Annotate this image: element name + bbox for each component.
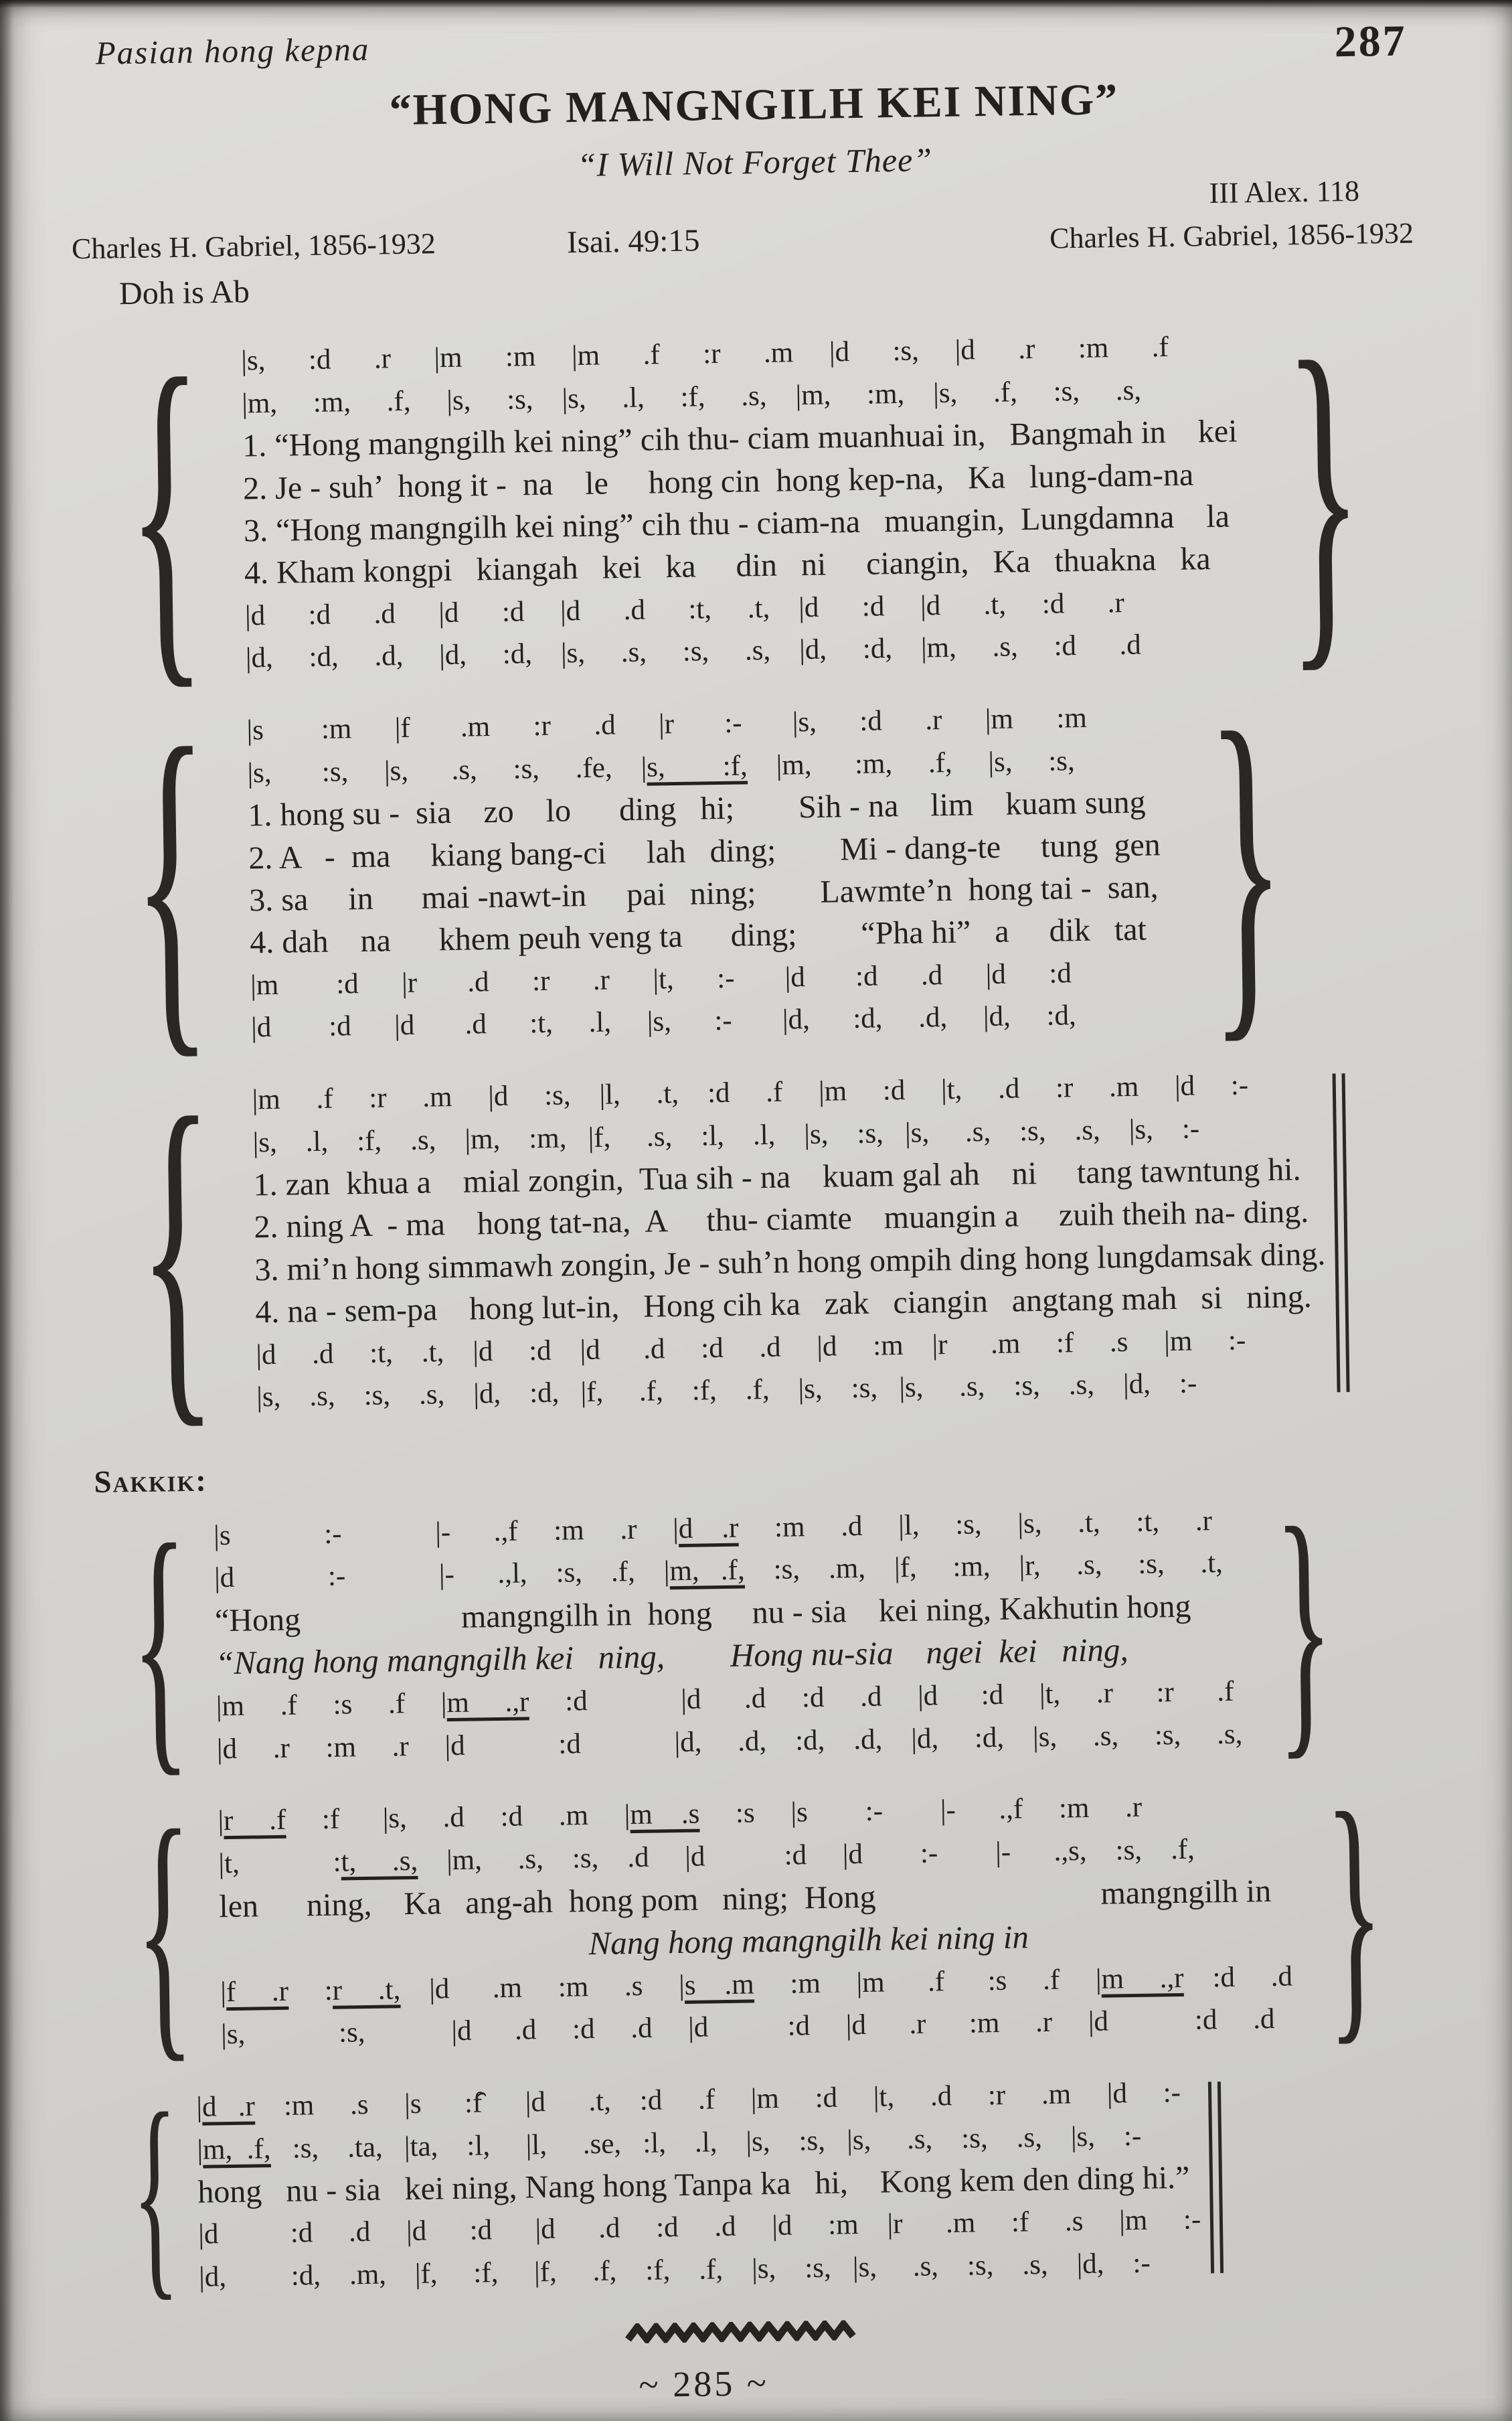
page-number: 287 [1334,16,1407,68]
system-left-brace: { [130,1516,190,1770]
system-left-brace: { [134,1802,194,2055]
system-right-brace: } [1274,1500,1335,1753]
music-system-3: { |m .f :r .m |d :s, |l, .t, :d .f |m :d… [84,1061,1457,1421]
system-lines: |s :m |f .m :r .d |r :- |s, :d .r |m :m … [246,696,1163,1049]
music-system-6: { |d .r :m .s |s :f̑ |d .t, :d .f |m :d … [99,2067,1471,2300]
footer-page-number: ~ 285 ~ [639,2351,1473,2405]
music-system-5: { |r .f :f |s, .d :d .m |m .s :s |s :- |… [94,1782,1466,2058]
music-system-1: { |s, :d .r |m :m |m .f :r .m |d :s, |d … [73,322,1446,682]
scripture-reference: Isai. 49:15 [567,222,700,260]
chorus-label: Sakkik: [94,1444,1459,1500]
system-lines: |s, :d .r |m :m |m .f :r .m |d :s, |d .r… [241,325,1241,680]
system-lines: |s :- |- .,f :m .r |d .r :m .d |l, :s, |… [214,1499,1243,1770]
composer-left: Charles H. Gabriel, 1856-1932 [72,226,436,266]
final-double-barline [1332,1073,1349,1392]
hymn-title: “HONG MANGNGILH KEI NING” [70,70,1439,141]
final-double-barline [1208,2082,1224,2273]
system-left-brace: { [131,2090,179,2296]
system-lines: |m .f :r .m |d :s, |l, .t, :d .f |m :d |… [252,1063,1327,1419]
system-right-brace: } [1325,1784,1385,2038]
music-system-4: { |s :- |- .,f :m .r |d .r :m .d |l, :s,… [90,1496,1462,1773]
system-lines: |r .f :f |s, .d :d .m |m .s :s |s :- |- … [218,1784,1293,2056]
zigzag-divider [624,2311,1471,2347]
system-left-brace: { [125,341,205,680]
scan-edge-top [0,0,1512,8]
hymn-reference: III Alex. 118 [1209,174,1359,210]
scan-edge-left [0,0,13,2421]
music-system-2: { |s :m |f .m :r .d |r :- |s, :d .r |m :… [78,692,1452,1052]
system-right-brace: } [1284,325,1364,663]
system-lines: |d .r :m .s |s :f̑ |d .t, :d .f |m :d |t… [196,2071,1202,2298]
hymnal-page: Pasian hong kepna 287 “HONG MANGNGILH KE… [0,0,1512,2421]
system-left-brace: { [136,1081,216,1419]
system-left-brace: { [131,711,211,1050]
composer-right: Charles H. Gabriel, 1856-1932 [1049,216,1414,256]
running-head: Pasian hong kepna [95,14,1438,72]
page-content: Pasian hong kepna 287 “HONG MANGNGILH KE… [68,14,1472,2414]
system-right-brace: } [1206,695,1286,1034]
